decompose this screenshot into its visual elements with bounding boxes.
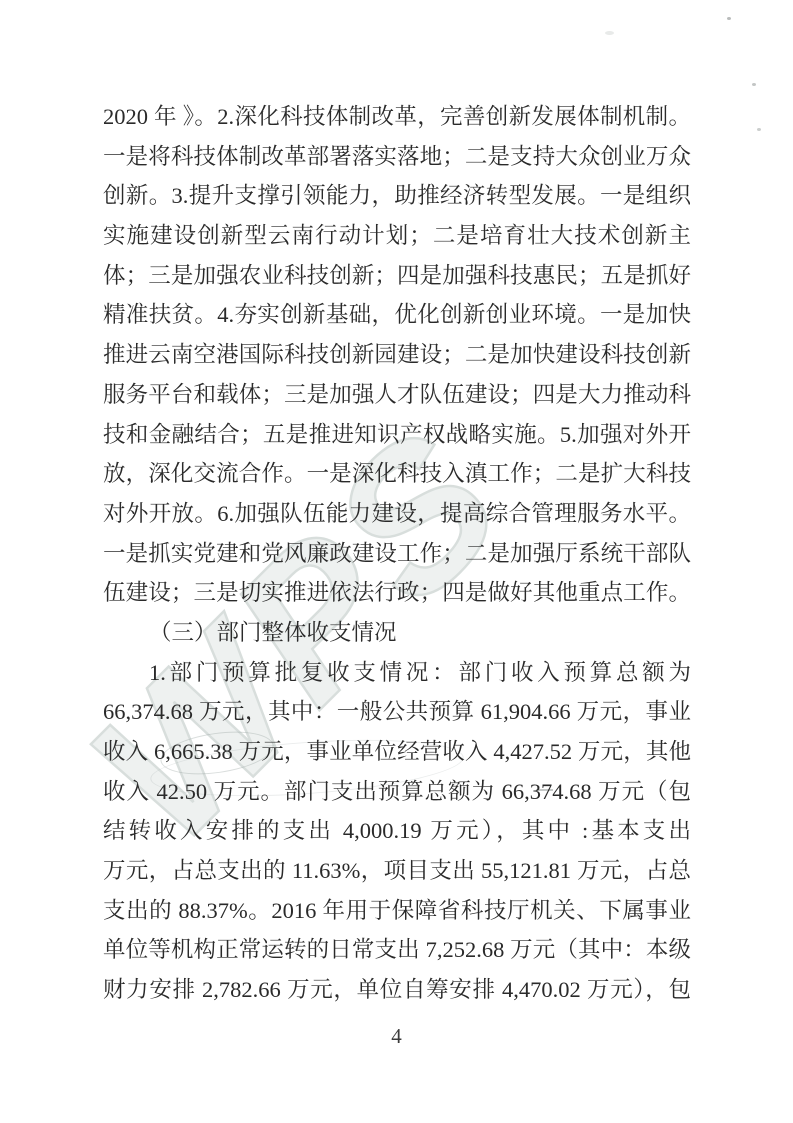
text-line: 结转收入安排的支出 4,000.19 万元），其中 :基本支出 7,252.68 bbox=[103, 811, 691, 851]
section-heading: （三）部门整体收支情况 bbox=[103, 613, 691, 653]
text-line: 服务平台和载体；三是加强人才队伍建设；四是大力推动科 bbox=[103, 375, 691, 415]
text-line: 实施建设创新型云南行动计划；二是培育壮大技术创新主 bbox=[103, 216, 691, 256]
document-page: WPS 2020 年 》。2.深化科技体制改革，完善创新发展体制机制。 一是将科… bbox=[0, 0, 793, 1123]
text-line: 收入 6,665.38 万元，事业单位经营收入 4,427.52 万元，其他 bbox=[103, 732, 691, 772]
text-line: 一是将科技体制改革部署落实落地；二是支持大众创业万众 bbox=[103, 137, 691, 177]
scan-speck bbox=[605, 31, 614, 35]
text-line: 1.部门预算批复收支情况：部门收入预算总额为 bbox=[103, 653, 691, 693]
scan-speck bbox=[727, 17, 731, 20]
text-line: 支出的 88.37%。2016 年用于保障省科技厅机关、下属事业 bbox=[103, 891, 691, 931]
text-line: 万元，占总支出的 11.63%，项目支出 55,121.81 万元，占总 bbox=[103, 851, 691, 891]
text-line: 66,374.68 万元，其中：一般公共预算 61,904.66 万元，事业 bbox=[103, 692, 691, 732]
scan-speck bbox=[752, 83, 756, 86]
text-line: 放，深化交流合作。一是深化科技入滇工作；二是扩大科技 bbox=[103, 454, 691, 494]
document-body: 2020 年 》。2.深化科技体制改革，完善创新发展体制机制。 一是将科技体制改… bbox=[103, 97, 691, 1010]
text-line: 创新。3.提升支撑引领能力，助推经济转型发展。一是组织 bbox=[103, 176, 691, 216]
text-line: 2020 年 》。2.深化科技体制改革，完善创新发展体制机制。 bbox=[103, 97, 691, 137]
text-line: 财力安排 2,782.66 万元，单位自筹安排 4,470.02 万元），包 bbox=[103, 970, 691, 1010]
text-line: 技和金融结合；五是推进知识产权战略实施。5.加强对外开 bbox=[103, 415, 691, 455]
text-line: 伍建设；三是切实推进依法行政；四是做好其他重点工作。 bbox=[103, 573, 691, 613]
text-line: 对外开放。6.加强队伍能力建设，提高综合管理服务水平。 bbox=[103, 494, 691, 534]
text-line: 一是抓实党建和党风廉政建设工作；二是加强厅系统干部队 bbox=[103, 534, 691, 574]
text-line: 推进云南空港国际科技创新园建设；二是加快建设科技创新 bbox=[103, 335, 691, 375]
text-line: 体；三是加强农业科技创新；四是加强科技惠民；五是抓好 bbox=[103, 256, 691, 296]
text-line: 精准扶贫。4.夯实创新基础，优化创新创业环境。一是加快 bbox=[103, 295, 691, 335]
text-line: 收入 42.50 万元。部门支出预算总额为 66,374.68 万元（包含 bbox=[103, 772, 691, 812]
text-line: 单位等机构正常运转的日常支出 7,252.68 万元（其中：本级 bbox=[103, 930, 691, 970]
scan-speck bbox=[757, 128, 761, 131]
page-number: 4 bbox=[0, 1021, 793, 1051]
